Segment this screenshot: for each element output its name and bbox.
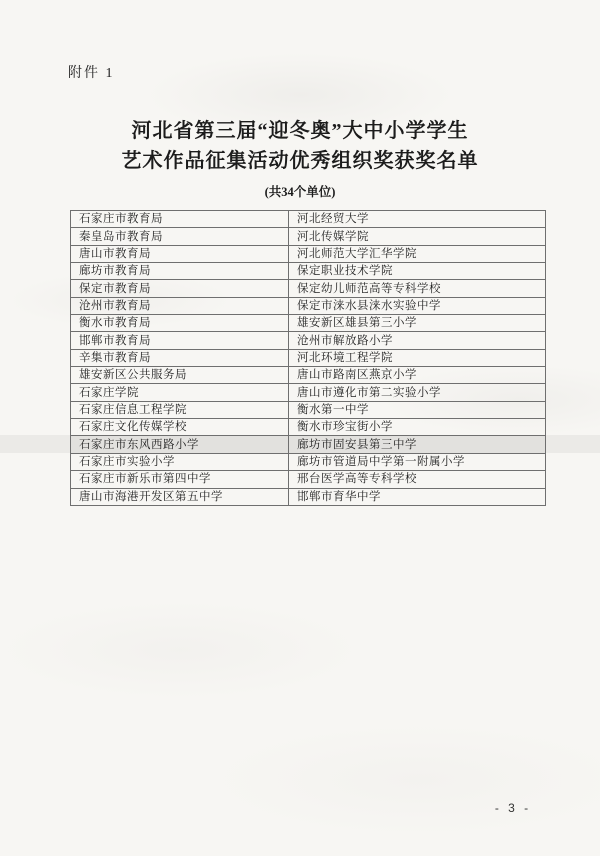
table-row: 唐山市海港开发区第五中学 邯郸市育华中学 xyxy=(71,488,546,505)
table-cell: 石家庄学院 xyxy=(71,384,289,401)
table-cell: 邯郸市教育局 xyxy=(71,332,289,349)
table-cell: 保定幼儿师范高等专科学校 xyxy=(289,280,546,297)
table-cell: 石家庄文化传媒学校 xyxy=(71,419,289,436)
table-cell: 唐山市路南区燕京小学 xyxy=(289,367,546,384)
table-cell: 廊坊市固安县第三中学 xyxy=(289,436,546,453)
table-cell: 辛集市教育局 xyxy=(71,349,289,366)
table-row: 沧州市教育局 保定市涞水县涞水实验中学 xyxy=(71,297,546,314)
table-row: 唐山市教育局 河北师范大学汇华学院 xyxy=(71,245,546,262)
table-cell: 衡水市珍宝街小学 xyxy=(289,419,546,436)
table-cell: 廊坊市教育局 xyxy=(71,263,289,280)
table-cell: 保定市教育局 xyxy=(71,280,289,297)
table-row: 石家庄市新乐市第四中学 邢台医学高等专科学校 xyxy=(71,471,546,488)
table-cell: 河北经贸大学 xyxy=(289,211,546,228)
table-cell: 石家庄信息工程学院 xyxy=(71,401,289,418)
table-cell: 衡水市教育局 xyxy=(71,315,289,332)
table-cell: 石家庄市教育局 xyxy=(71,211,289,228)
table-row: 石家庄市东风西路小学 廊坊市固安县第三中学 xyxy=(71,436,546,453)
table-row: 石家庄学院 唐山市遵化市第二实验小学 xyxy=(71,384,546,401)
table-row: 秦皇岛市教育局 河北传媒学院 xyxy=(71,228,546,245)
page-number: - 3 - xyxy=(478,801,548,815)
table-cell: 保定市涞水县涞水实验中学 xyxy=(289,297,546,314)
table-row: 辛集市教育局 河北环境工程学院 xyxy=(71,349,546,366)
table-cell: 保定职业技术学院 xyxy=(289,263,546,280)
table-row: 保定市教育局 保定幼儿师范高等专科学校 xyxy=(71,280,546,297)
table-cell: 河北环境工程学院 xyxy=(289,349,546,366)
table-cell-red-underlined: 邢台医学高等专科学校 xyxy=(289,471,546,488)
table-cell: 石家庄市东风西路小学 xyxy=(71,436,289,453)
underlined-school-name: 邢台医学高等专科学校 xyxy=(297,473,417,485)
document-title: 河北省第三届“迎冬奥”大中小学学生 艺术作品征集活动优秀组织奖获奖名单 xyxy=(0,116,600,176)
table-row: 衡水市教育局 雄安新区雄县第三小学 xyxy=(71,315,546,332)
table-cell: 廊坊市管道局中学第一附属小学 xyxy=(289,453,546,470)
table-cell: 秦皇岛市教育局 xyxy=(71,228,289,245)
table-cell: 河北师范大学汇华学院 xyxy=(289,245,546,262)
table-row: 雄安新区公共服务局 唐山市路南区燕京小学 xyxy=(71,367,546,384)
document-subtitle: (共34个单位) xyxy=(0,182,600,200)
table-cell: 衡水第一中学 xyxy=(289,401,546,418)
attachment-label: 附件 1 xyxy=(68,62,115,82)
table-cell: 河北传媒学院 xyxy=(289,228,546,245)
table-cell: 邯郸市育华中学 xyxy=(289,488,546,505)
table-cell: 沧州市教育局 xyxy=(71,297,289,314)
table-cell: 雄安新区公共服务局 xyxy=(71,367,289,384)
table-row: 廊坊市教育局 保定职业技术学院 xyxy=(71,263,546,280)
table-cell: 石家庄市新乐市第四中学 xyxy=(71,471,289,488)
table-cell: 石家庄市实验小学 xyxy=(71,453,289,470)
table-cell: 唐山市遵化市第二实验小学 xyxy=(289,384,546,401)
table-cell: 唐山市海港开发区第五中学 xyxy=(71,488,289,505)
table-row: 石家庄市教育局 河北经贸大学 xyxy=(71,211,546,228)
table-row: 邯郸市教育局 沧州市解放路小学 xyxy=(71,332,546,349)
document-title-line1: 河北省第三届“迎冬奥”大中小学学生 xyxy=(0,116,600,146)
document-title-line2: 艺术作品征集活动优秀组织奖获奖名单 xyxy=(0,146,600,176)
scanned-document-page: 附件 1 河北省第三届“迎冬奥”大中小学学生 艺术作品征集活动优秀组织奖获奖名单… xyxy=(0,0,600,856)
table-row: 石家庄文化传媒学校 衡水市珍宝街小学 xyxy=(71,419,546,436)
table-row: 石家庄信息工程学院 衡水第一中学 xyxy=(71,401,546,418)
table-cell: 唐山市教育局 xyxy=(71,245,289,262)
table-cell: 沧州市解放路小学 xyxy=(289,332,546,349)
award-winners-table: 石家庄市教育局 河北经贸大学 秦皇岛市教育局 河北传媒学院 唐山市教育局 河北师… xyxy=(70,210,546,506)
table-cell: 雄安新区雄县第三小学 xyxy=(289,315,546,332)
table-row: 石家庄市实验小学 廊坊市管道局中学第一附属小学 xyxy=(71,453,546,470)
